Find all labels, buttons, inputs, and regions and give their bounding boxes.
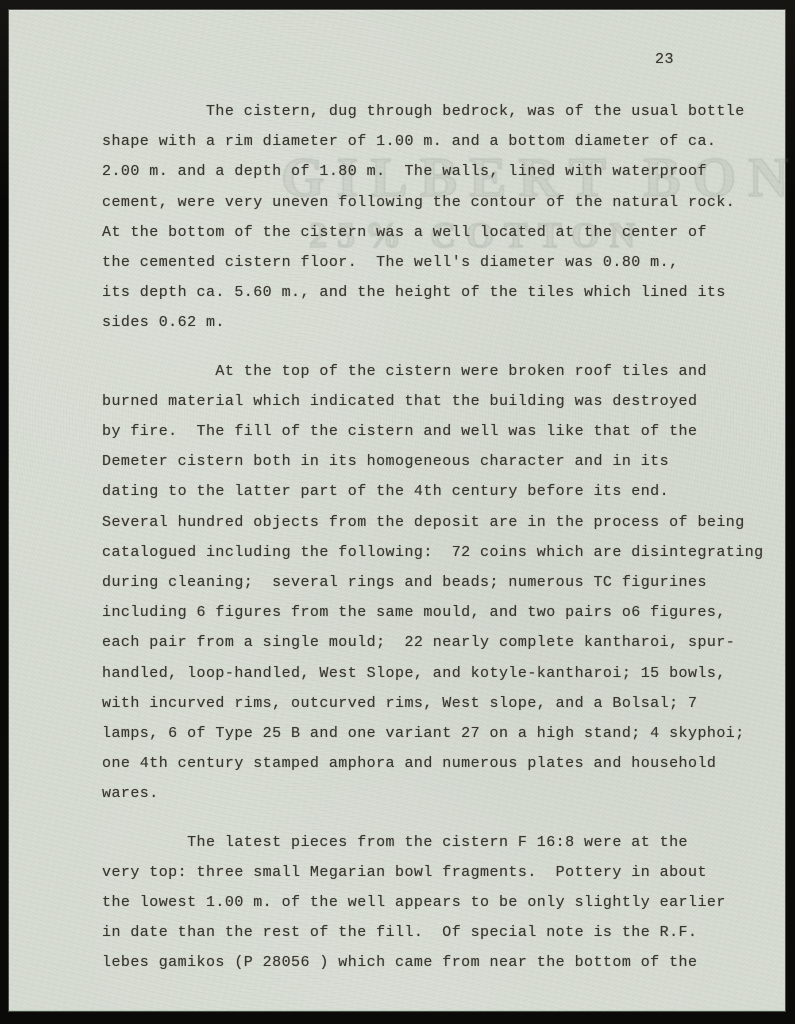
text-line: sides 0.62 m. <box>102 308 774 338</box>
text-line: during cleaning; several rings and beads… <box>102 568 774 598</box>
document-page: GILBERT BOND 25% COTTON 23 The cistern, … <box>9 10 785 1011</box>
text-line: lebes gamikos (P 28056 ) which came from… <box>102 948 774 978</box>
text-line: The cistern, dug through bedrock, was of… <box>102 97 774 127</box>
text-line: burned material which indicated that the… <box>102 387 774 417</box>
text-line: by fire. The fill of the cistern and wel… <box>102 417 774 447</box>
text-line: 2.00 m. and a depth of 1.80 m. The walls… <box>102 157 774 187</box>
text-line: At the top of the cistern were broken ro… <box>102 357 774 387</box>
text-line: At the bottom of the cistern was a well … <box>102 218 774 248</box>
text-line: dating to the latter part of the 4th cen… <box>102 477 774 507</box>
paragraph: The latest pieces from the cistern F 16:… <box>102 828 774 979</box>
text-line: each pair from a single mould; 22 nearly… <box>102 628 774 658</box>
text-line: one 4th century stamped amphora and nume… <box>102 749 774 779</box>
text-line: handled, loop-handled, West Slope, and k… <box>102 659 774 689</box>
text-line: shape with a rim diameter of 1.00 m. and… <box>102 127 774 157</box>
text-line: with incurved rims, outcurved rims, West… <box>102 689 774 719</box>
text-line: very top: three small Megarian bowl frag… <box>102 858 774 888</box>
text-body: The cistern, dug through bedrock, was of… <box>102 97 774 979</box>
page-number: 23 <box>655 51 674 69</box>
text-line: The latest pieces from the cistern F 16:… <box>102 828 774 858</box>
text-line: its depth ca. 5.60 m., and the height of… <box>102 278 774 308</box>
text-line: the lowest 1.00 m. of the well appears t… <box>102 888 774 918</box>
text-line: wares. <box>102 779 774 809</box>
paragraph: At the top of the cistern were broken ro… <box>102 357 774 810</box>
text-line: cement, were very uneven following the c… <box>102 188 774 218</box>
text-line: Several hundred objects from the deposit… <box>102 508 774 538</box>
paragraph: The cistern, dug through bedrock, was of… <box>102 97 774 339</box>
text-line: the cemented cistern floor. The well's d… <box>102 248 774 278</box>
text-line: catalogued including the following: 72 c… <box>102 538 774 568</box>
text-line: Demeter cistern both in its homogeneous … <box>102 447 774 477</box>
scan-frame: GILBERT BOND 25% COTTON 23 The cistern, … <box>0 0 795 1024</box>
text-line: in date than the rest of the fill. Of sp… <box>102 918 774 948</box>
text-line: including 6 figures from the same mould,… <box>102 598 774 628</box>
text-line: lamps, 6 of Type 25 B and one variant 27… <box>102 719 774 749</box>
